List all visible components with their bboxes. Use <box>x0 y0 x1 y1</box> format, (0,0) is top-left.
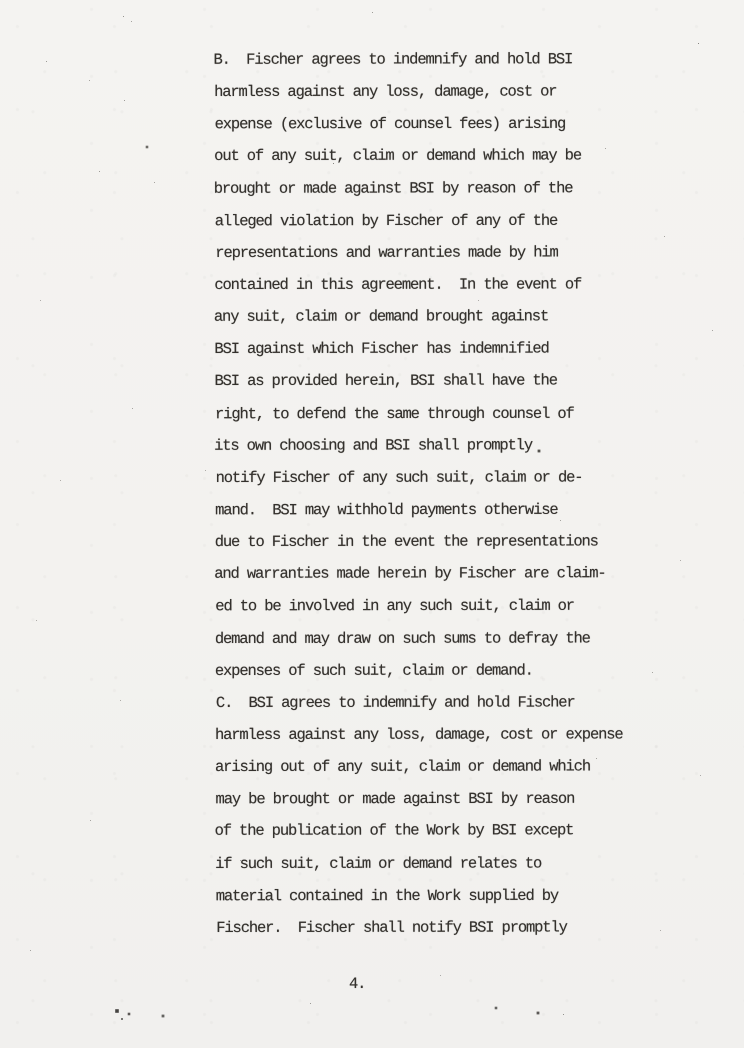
text-line: expense (exclusive of counsel fees) aris… <box>215 108 685 141</box>
text-line: representations and warranties made by h… <box>215 236 685 269</box>
ink-smudge-marks <box>0 0 2 2</box>
text-line: brought or made against BSI by reason of… <box>214 172 684 205</box>
text-line: demand and may draw on such sums to defr… <box>215 622 685 655</box>
page-number: 4. <box>349 972 365 996</box>
text-line: BSI as provided herein, BSI shall have t… <box>214 365 684 398</box>
text-line: material contained in the Work supplied … <box>216 879 686 912</box>
text-line: due to Fischer in the event the represen… <box>215 525 685 558</box>
text-line: any suit, claim or demand brought agains… <box>214 300 684 333</box>
text-line: BSI against which Fischer has indemnifie… <box>214 333 684 366</box>
text-line: expenses of such suit, claim or demand. <box>215 654 685 687</box>
text-line: arising out of any suit, claim or demand… <box>215 750 685 783</box>
text-line: ed to be involved in any such suit, clai… <box>215 590 685 623</box>
text-line: right, to defend the same through counse… <box>215 397 685 430</box>
text-line: may be brought or made against BSI by re… <box>216 783 686 816</box>
contract-body-text: B. Fischer agrees to indemnify and hold … <box>214 43 685 944</box>
text-line: alleged violation by Fischer of any of t… <box>215 204 685 237</box>
text-line: Fischer. Fischer shall notify BSI prompt… <box>216 911 686 944</box>
text-line: if such suit, claim or demand relates to <box>215 847 685 880</box>
text-line: harmless against any loss, damage, cost … <box>215 718 685 751</box>
text-line: of the publication of the Work by BSI ex… <box>215 815 685 848</box>
text-line: contained in this agreement. In the even… <box>214 268 684 301</box>
text-line: mand. BSI may withhold payments otherwis… <box>215 494 685 527</box>
text-line: harmless against any loss, damage, cost … <box>214 75 684 108</box>
text-line: notify Fischer of any such suit, claim o… <box>216 461 686 494</box>
text-line: C. BSI agrees to indemnify and hold Fisc… <box>216 686 686 719</box>
text-line: its own choosing and BSI shall promptly <box>214 429 684 462</box>
text-line: out of any suit, claim or demand which m… <box>214 140 684 173</box>
text-line: B. Fischer agrees to indemnify and hold … <box>213 43 683 76</box>
text-line: and warranties made herein by Fischer ar… <box>214 557 684 590</box>
scanned-document-page: B. Fischer agrees to indemnify and hold … <box>0 0 744 1048</box>
